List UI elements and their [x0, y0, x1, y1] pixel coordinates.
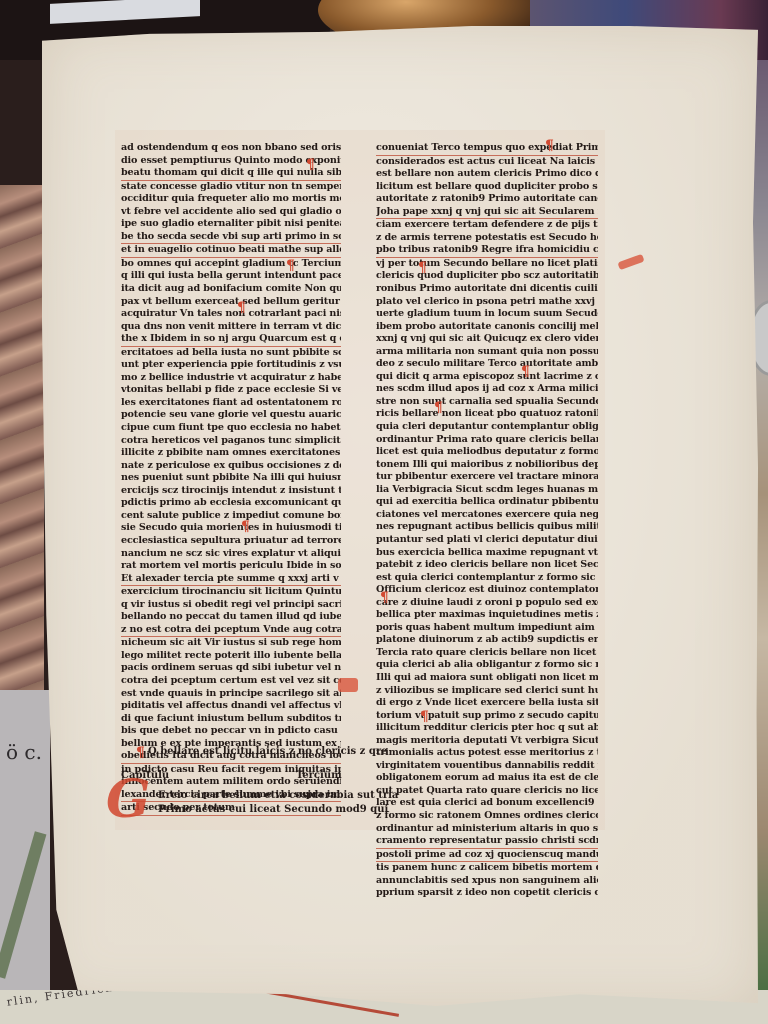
text-line: pprium sparsit z ideo non copetit cleric…: [376, 887, 598, 900]
text-line: pbo tribus ratonib9 Regre ifra homicidiu…: [376, 244, 598, 258]
text-line: nancium ne scz sic vires explatur vt ali…: [121, 548, 341, 561]
text-line: lia Verbigracia Sicut scdm leges huanas …: [376, 484, 598, 497]
text-line: postoli prime ad coz xj quocienscuq mand…: [376, 849, 598, 863]
text-line: ita dicit aug ad bonifacium comite Non q…: [121, 283, 341, 296]
text-line: pdictis primo ab ecclesia excomunicant q…: [121, 497, 341, 510]
text-line: poris quas habent multum impediunt aim a…: [376, 622, 598, 635]
text-line: autoritate z ratonib9 Primo autoritate c…: [376, 193, 598, 206]
text-line: tis panem hunc z calicem bibetis mortem …: [376, 862, 598, 875]
text-line: bellica pter maximas inquietudines metis…: [376, 609, 598, 622]
rubric-pilcrow: ¶: [237, 300, 246, 316]
text-line: quia clerici ab alia obligantur z formo …: [376, 659, 598, 672]
text-line: pacis ordinem seruas qd sibi iubetur vel…: [121, 662, 341, 675]
text-line: sie Secudo quia morientes in huiusmodi t…: [121, 522, 341, 535]
text-line: clericis quod dupliciter pbo scz autorit…: [376, 270, 598, 283]
text-line: ciatones vel mercatones exercere quia ne…: [376, 509, 598, 522]
text-line: cramento representatur passio christi sc…: [376, 835, 598, 849]
text-line: ordinantur ad ministerium altaris in quo…: [376, 823, 598, 836]
rubric-pilcrow: ¶: [418, 260, 427, 276]
text-line: ronibus Primo autoritate dni dicentis cu…: [376, 283, 598, 296]
text-line: z no est cotra dei pceptum Vnde aug cotr…: [121, 624, 341, 638]
text-line: occiditur quia frequeter alio mo mortis …: [121, 193, 341, 206]
text-line: cotra dei pceptum certum est vel vez sit…: [121, 675, 341, 688]
text-line: z formo sic ratonem Omnes ordines cleric…: [376, 810, 598, 823]
text-line: piditatis vel affectus dnandi vel affect…: [121, 700, 341, 713]
chapter-summary: Q bellare est licitu laicis z no clerici…: [148, 746, 387, 757]
chapter-number: Tercium: [296, 770, 342, 781]
rubric-pilcrow: ¶: [434, 400, 443, 416]
text-line: bis que debet no peccar vn in pdicto cas…: [121, 725, 341, 738]
text-line: considerados est actus cui liceat Na lai…: [376, 156, 598, 169]
text-line: est quia clerici contemplantur z formo s…: [376, 572, 598, 585]
text-line: qua dns non venit mittere in terram vt d…: [121, 321, 341, 334]
text-line: ad ostendendum q eos non bbano sed oris …: [121, 142, 341, 155]
text-line: bus exercicia bellica maxime repugnant v…: [376, 547, 598, 560]
text-line: pax vt bellum exerceat sed bellum geritu…: [121, 296, 341, 309]
text-line: ciam exercere tertam defendere z de pijs…: [376, 219, 598, 232]
text-line: stre non sunt carnalia sed spualia Secun…: [376, 396, 598, 409]
text-line: uerte gladium tuum in locum suum Secudo …: [376, 308, 598, 321]
text-line: arma militaria non sumant quia non possu…: [376, 346, 598, 359]
text-line: les exercitatones fiant ad ostentatonem …: [121, 397, 341, 410]
text-line: xxnj q vnj qui sic ait Quicuqz ex clero …: [376, 333, 598, 346]
text-line: est vnde quauis in principe sacrilego si…: [121, 688, 341, 701]
rubric-pilcrow: ¶: [545, 138, 554, 154]
rubricated-initial: G: [106, 774, 150, 826]
text-line: Illi qui ad maiora sunt obligati non lic…: [376, 672, 598, 685]
text-line: illicite z pbibite nam omnes exercitaton…: [121, 447, 341, 460]
text-line: exercicium tirocinanciu sit licitum Quin…: [121, 586, 341, 599]
text-line: patebit z ideo clericis bellare non lice…: [376, 559, 598, 572]
rubric-pilcrow: ¶: [306, 157, 315, 173]
text-line: care z diuine laudi z oroni p populo sed…: [376, 597, 598, 610]
text-line: be tho secda secde vbi sup arti primo in…: [121, 231, 341, 245]
text-line: lego militet recte poterit illo iubente …: [121, 650, 341, 663]
text-line: nes pueniut sunt pbibite Na illi qui hui…: [121, 472, 341, 485]
rubric-pilcrow: ¶: [136, 745, 145, 761]
text-line: tonem Illi qui maioribus z nobilioribus …: [376, 459, 598, 472]
text-line: deo z seculo militare Terco autoritate a…: [376, 358, 598, 371]
text-line: z de armis terrene potestatis est Secudo…: [376, 232, 598, 245]
text-line: vtonitas bellabi p fide z pace ecclesie …: [121, 384, 341, 397]
text-line: trimonialis actus potest esse meritorius…: [376, 747, 598, 760]
text-line: platone diuinorum z ab actib9 supdictis …: [376, 634, 598, 647]
text-line: mo z bellice industrie vt acquiratur z h…: [121, 372, 341, 385]
text-line: qui ad exercitia bellica ordinatur pbibe…: [376, 496, 598, 509]
text-line: Tercia rato quare clericis bellare non l…: [376, 647, 598, 660]
text-line: nes repugnant actibus bellicis quibus mi…: [376, 521, 598, 534]
text-line: cipue cum fiunt tpe quo ecclesia no habe…: [121, 422, 341, 435]
text-line: plato vel clerico in psona petri mathe x…: [376, 296, 598, 309]
text-line: putantur sed plati vl clerici deputatur …: [376, 534, 598, 547]
rubric-pilcrow: ¶: [241, 519, 250, 535]
text-line: et in euagelio cotinuo beati mathe sup a…: [121, 244, 341, 258]
text-line: bo omnes qui accepint gladium tc Tercium…: [121, 258, 341, 271]
text-line: cut patet Quarta rato quare clericis no …: [376, 785, 598, 798]
text-line: acquiratur Vn tales non cotrarlant paci …: [121, 308, 341, 321]
text-line: annunclabitis sed xpus non sanguinem ali…: [376, 875, 598, 888]
rubric-pilcrow: ¶: [286, 258, 295, 274]
text-line: conueniat Terco tempus quo expediat Prim…: [376, 142, 598, 156]
background-book-text: ö c.: [6, 740, 42, 764]
text-line: Joha pape xxnj q vnj qui sic ait Secular…: [376, 206, 598, 220]
text-line: z viliozibus se implicare sed clerici su…: [376, 685, 598, 698]
text-line: magis meritoria deputati Vt verbigra Sic…: [376, 735, 598, 748]
text-line: ercicijs scz tirocinijs intendut z insis…: [121, 485, 341, 498]
text-line: vt febre vel accidente alio sed qui glad…: [121, 206, 341, 219]
text-line: q vir iustus si obedit regi vel principi…: [121, 599, 341, 612]
text-line: q illi qui iusta bella gerunt intendunt …: [121, 270, 341, 283]
incipit-line: Primo actus cui liceat Secundo mod9 qui: [158, 804, 388, 815]
text-line: cent salute publice z impediut comune bo…: [121, 510, 341, 523]
text-line: nicheum sic ait Vir iustus si sub rege h…: [121, 637, 341, 650]
red-ink-flourish: [338, 678, 358, 692]
text-line: licitum est bellare quod dupliciter prob…: [376, 181, 598, 194]
text-line: ricis bellare non liceat pbo quatuoz rat…: [376, 408, 598, 421]
text-line: vj per totum Secundo bellare no licet pl…: [376, 258, 598, 271]
rubric-pilcrow: ¶: [420, 709, 429, 725]
rubric-pilcrow: ¶: [380, 590, 389, 606]
text-line: ipe suo gladio eternaliter pibit nisi pe…: [121, 218, 341, 231]
text-line: di ergo z Vnde licet exercere bella iust…: [376, 697, 598, 710]
text-line: bellando no peccat du tamen illud qd iub…: [121, 611, 341, 624]
text-line: licet est quia meliodbus deputatur z for…: [376, 446, 598, 459]
text-line: state concesse gladio vtitur non tn semp…: [121, 181, 341, 194]
text-line: obligatonem eorum ad maius ita est de cl…: [376, 772, 598, 785]
text-line: torium vt patuit sup primo z secudo capi…: [376, 710, 598, 723]
text-line: ordinantur Prima rato quare clericis bel…: [376, 434, 598, 447]
text-line: virginitatem vouentibus dannabilis reddi…: [376, 760, 598, 773]
text-line: nate z periculose ex quibus occisiones z…: [121, 460, 341, 473]
text-line: Et alexader tercia pte summe q xxxj arti…: [121, 573, 341, 587]
rubric-pilcrow: ¶: [521, 364, 530, 380]
incipit-line: Ercio circa bellum etia cosiderabia sut …: [158, 790, 398, 801]
text-line: qui dicit q arma episcopoz sunt lacrime …: [376, 371, 598, 384]
right-text-column: conueniat Terco tempus quo expediat Prim…: [376, 142, 598, 900]
text-line: potencie seu vane glorie vel questu auar…: [121, 409, 341, 422]
text-line: rat mortem vel mortis periculu Ibide in …: [121, 560, 341, 573]
text-line: Officium clericoz est diuinoz contemplat…: [376, 584, 598, 597]
marbled-book-cover: [0, 185, 44, 695]
text-line: ecclesiastica sepultura priuatur ad terr…: [121, 535, 341, 548]
text-line: tur pbibentur exercere vel tractare mino…: [376, 471, 598, 484]
text-line: di que faciunt iniustum bellum subditos …: [121, 713, 341, 726]
text-line: cotra hereticos vel paganos tunc simplic…: [121, 435, 341, 448]
text-line: the x Ibidem in so nj argu Quarcum est q…: [121, 333, 341, 347]
text-line: ercitatoes ad bella iusta no sunt pbibit…: [121, 347, 341, 360]
text-line: unt pter experiencia ppie fortitudinis z…: [121, 359, 341, 372]
text-line: ibem probo autoritate canonis concilij m…: [376, 321, 598, 334]
text-line: illicitum redditur clericis pter hoc q s…: [376, 722, 598, 735]
text-line: lare est quia clerici ad bonum excellenc…: [376, 797, 598, 810]
text-line: est bellare non autem clericis Primo dic…: [376, 168, 598, 181]
left-text-column: ad ostendendum q eos non bbano sed oris …: [121, 142, 341, 816]
text-line: nes scdm illud apos ij ad coz x Arma mil…: [376, 383, 598, 396]
text-line: quia cleri deputantur contemplantur obli…: [376, 421, 598, 434]
